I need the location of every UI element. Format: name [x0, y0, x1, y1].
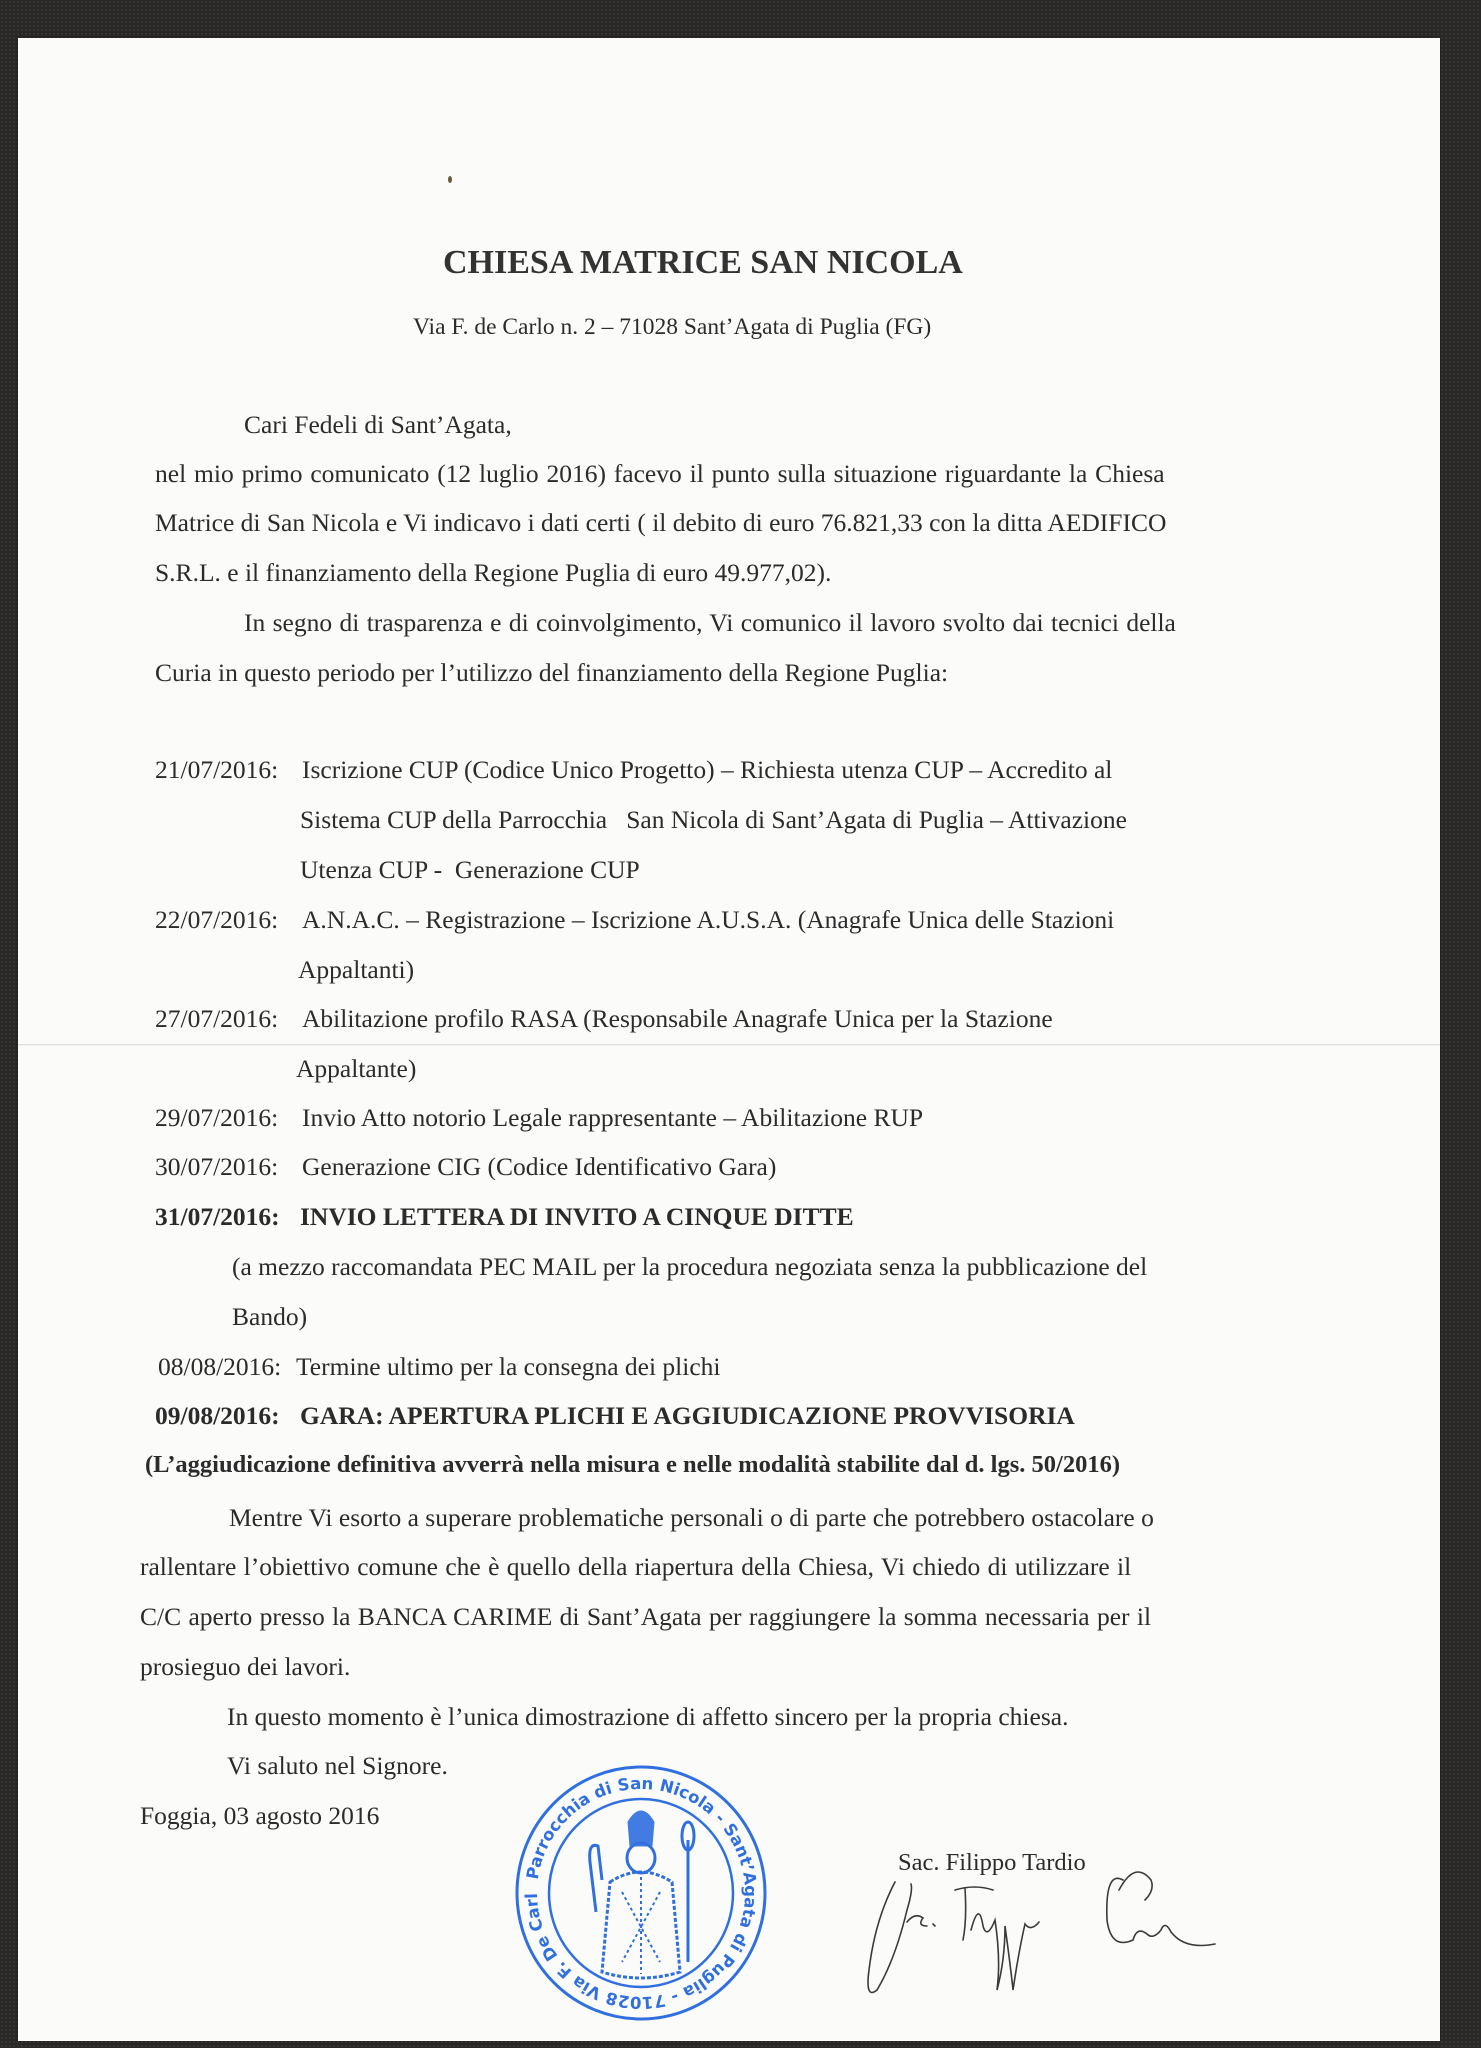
intro-line-2: Matrice di San Nicola e Vi indicavo i da… — [155, 510, 1166, 536]
church-address: Via F. de Carlo n. 2 – 71028 Sant’Agata … — [413, 316, 931, 340]
saint-nicholas-icon — [590, 1811, 694, 1978]
para3-line-4: prosieguo dei lavori. — [140, 1654, 350, 1680]
timeline-text: Abilitazione profilo RASA (Responsabile … — [302, 1006, 1053, 1032]
timeline-note: (a mezzo raccomandata PEC MAIL per la pr… — [232, 1254, 1147, 1280]
timeline-text: Invio Atto notorio Legale rappresentante… — [302, 1105, 923, 1131]
timeline-text: Iscrizione CUP (Codice Unico Progetto) –… — [302, 757, 1112, 783]
timeline-text: GARA: APERTURA PLICHI E AGGIUDICAZIONE P… — [300, 1403, 1075, 1429]
timeline-date: 31/07/2016: — [155, 1204, 280, 1230]
timeline-text: A.N.A.C. – Registrazione – Iscrizione A.… — [302, 907, 1114, 933]
timeline-date: 30/07/2016: — [155, 1154, 278, 1180]
intro-line-3: S.R.L. e il finanziamento della Regione … — [155, 560, 831, 586]
paper-fold-line — [18, 1044, 1440, 1046]
parish-stamp: Parrocchia di San Nicola - Sant’Agata di… — [510, 1762, 772, 2024]
church-title: CHIESA MATRICE SAN NICOLA — [443, 246, 963, 280]
timeline-text: Utenza CUP - Generazione CUP — [300, 857, 640, 883]
timeline-date: 27/07/2016: — [155, 1006, 278, 1032]
timeline-text: INVIO LETTERA DI INVITO A CINQUE DITTE — [300, 1204, 854, 1230]
timeline-date: 08/08/2016: — [158, 1354, 281, 1380]
timeline-date: 09/08/2016: — [155, 1403, 280, 1429]
para4: In questo momento è l’unica dimostrazion… — [227, 1704, 1068, 1730]
intro-line-1: nel mio primo comunicato (12 luglio 2016… — [155, 461, 1165, 487]
ink-speck — [448, 176, 452, 183]
bold-note: (L’aggiudicazione definitiva avverrà nel… — [145, 1453, 1120, 1478]
para3-line-2: rallentare l’obiettivo comune che è quel… — [140, 1554, 1131, 1580]
closing: Vi saluto nel Signore. — [227, 1753, 448, 1779]
handwritten-signature — [855, 1860, 1275, 2010]
timeline-date: 22/07/2016: — [155, 907, 278, 933]
para2-line-2: Curia in questo periodo per l’utilizzo d… — [155, 660, 948, 686]
para3-line-1: Mentre Vi esorto a superare problematich… — [229, 1505, 1154, 1531]
timeline-text: Appaltante) — [296, 1056, 416, 1082]
salutation: Cari Fedeli di Sant’Agata, — [244, 412, 512, 438]
timeline-date: 21/07/2016: — [155, 757, 278, 783]
para2-line-1: In segno di trasparenza e di coinvolgime… — [244, 610, 1176, 636]
timeline-text: Sistema CUP della Parrocchia San Nicola … — [300, 807, 1127, 833]
para3-line-3: C/C aperto presso la BANCA CARIME di San… — [140, 1604, 1151, 1630]
timeline-text: Termine ultimo per la consegna dei plich… — [296, 1354, 721, 1380]
timeline-text: Appaltanti) — [298, 957, 414, 983]
timeline-date: 29/07/2016: — [155, 1105, 278, 1131]
timeline-note: Bando) — [232, 1304, 307, 1330]
place-date: Foggia, 03 agosto 2016 — [140, 1803, 379, 1829]
timeline-text: Generazione CIG (Codice Identificativo G… — [302, 1154, 776, 1180]
